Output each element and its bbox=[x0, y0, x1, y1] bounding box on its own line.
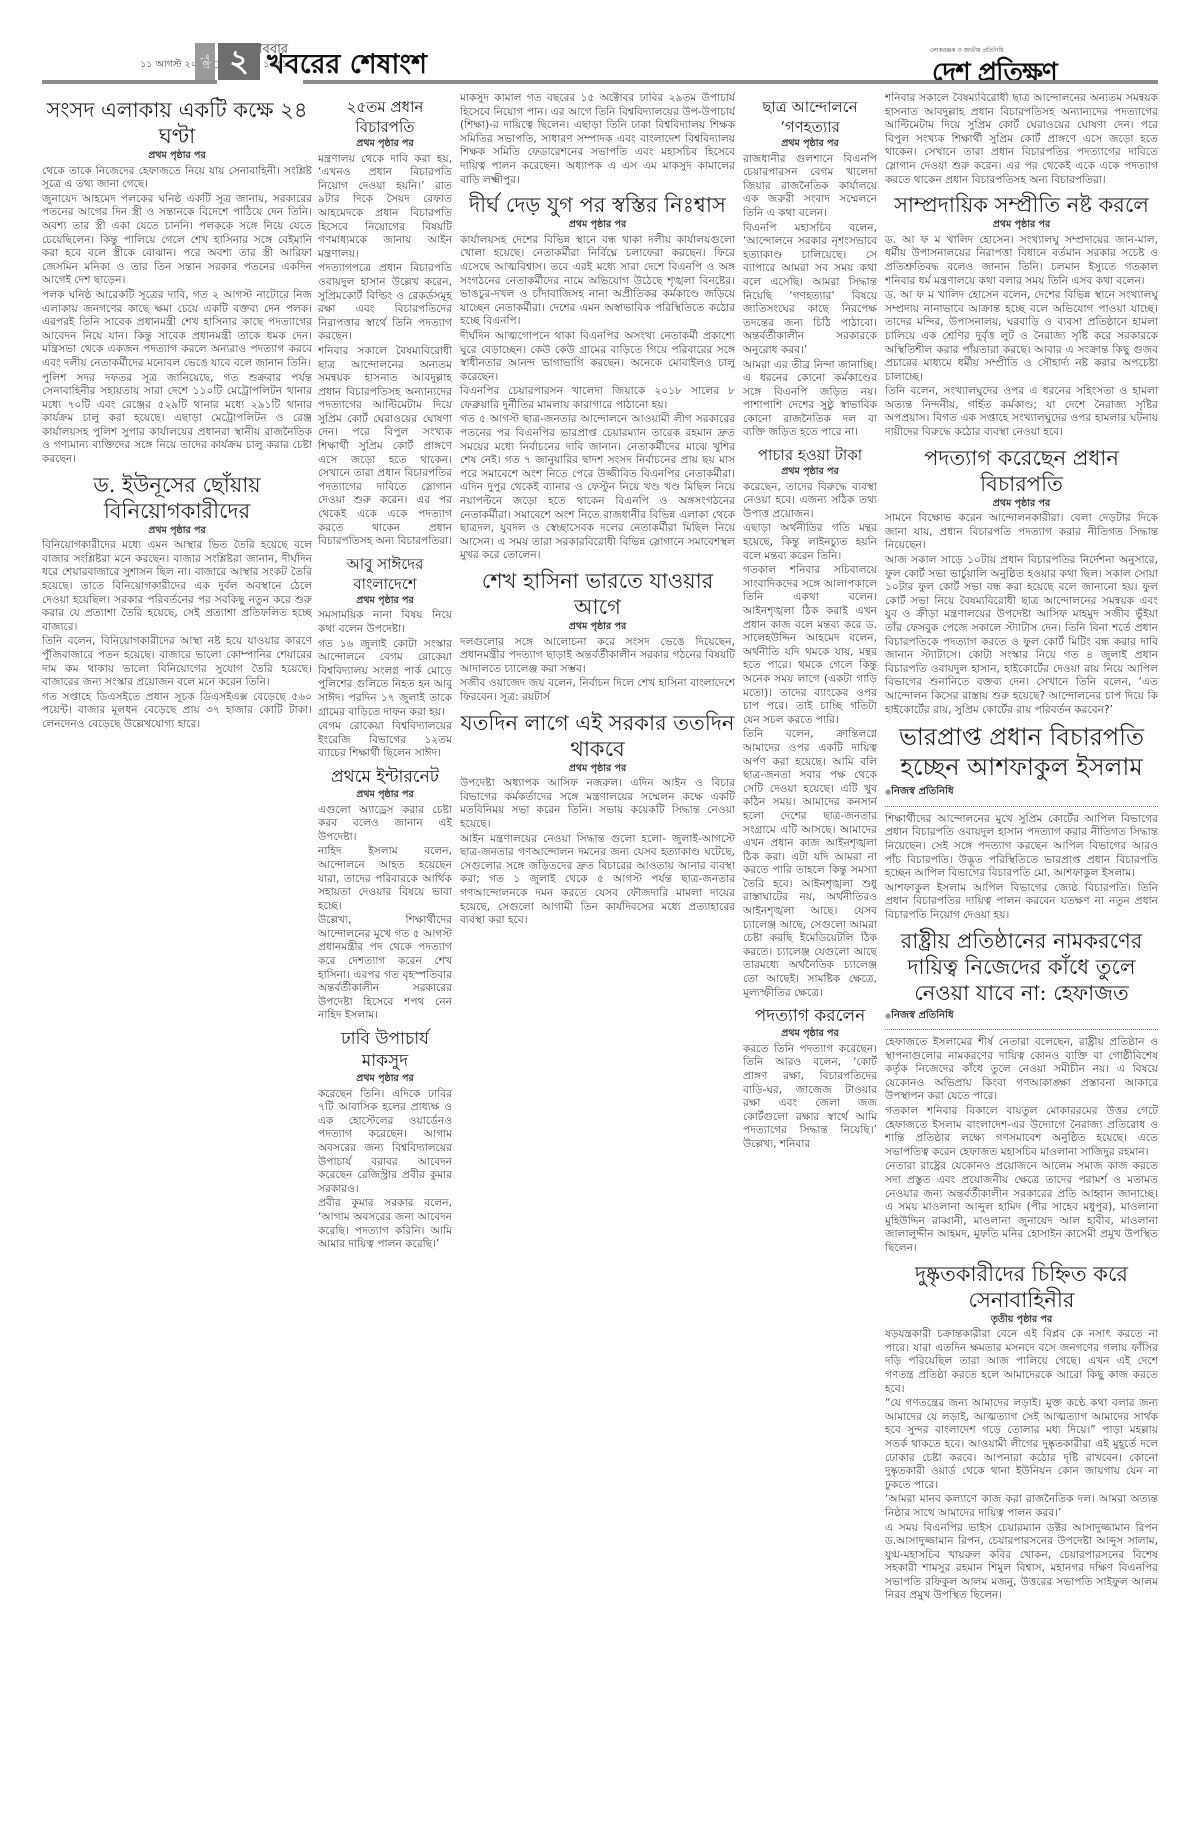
article-paragraph: পলক ঘনিষ্ঠ আরেকটি সূত্রের দাবি, গত ২ আগস… bbox=[42, 289, 312, 371]
continuation-label: প্রথম পৃষ্ঠার পর bbox=[743, 1027, 877, 1041]
headline-dhabi-vc: ঢাবি উপাচার্য মাকসুদ bbox=[318, 1028, 452, 1072]
article-hasina-india: শেখ হাসিনা ভারতে যাওয়ার আগে প্রথম পৃষ্ঠ… bbox=[460, 568, 735, 705]
article-paragraph: এ সময় বিএনপির ভাইস চেয়ারম্যান ডক্টর আস… bbox=[885, 1522, 1158, 1604]
article-paragraph: প্রবীর কুমার সরকার বলেন, ‘আগাম অবসরের জন… bbox=[318, 1197, 452, 1251]
article-paragraph: আমরা এর তীব্র নিন্দা জানাচ্ছি। এ ধরনের ক… bbox=[743, 359, 877, 441]
continuation-label: প্রথম পৃষ্ঠার পর bbox=[318, 788, 452, 802]
article-paragraph: আশফাকুল ইসলাম আপিল বিভাগের জ্যেষ্ঠ বিচার… bbox=[885, 882, 1158, 923]
continuation-label: প্রথম পৃষ্ঠার পর bbox=[460, 762, 735, 776]
headline-acting-cj: ভারপ্রাপ্ত প্রধান বিচারপতি হচ্ছেন আশফাকু… bbox=[885, 722, 1158, 782]
article-acting-cj: ভারপ্রাপ্ত প্রধান বিচারপতি হচ্ছেন আশফাকু… bbox=[885, 722, 1158, 922]
article-paragraph: করেছেন তিনি। এদিকে ঢাবির ৭টি আবাসিক হলের… bbox=[318, 1088, 452, 1197]
article-paragraph: বেগম রোকেয়া বিশ্ববিদ্যালয়ের ইংরেজি বিভ… bbox=[318, 720, 452, 761]
headline-chief-justice-25: ২৫তম প্রধান বিচারপতি bbox=[318, 97, 452, 137]
article-yunus: ড. ইউনূসের ছোঁয়ায় বিনিয়োগকারীদের প্রথ… bbox=[42, 472, 312, 732]
continuation-label: প্রথম পৃষ্ঠার পর bbox=[743, 465, 877, 479]
article-paragraph: নাহিদ ইসলাম বলেন, আন্দোলনে আহত হয়েছেন য… bbox=[318, 845, 452, 913]
column-3: মাকসুদ কামাল গত বছরের ১৫ অক্টোবর ঢাবির ২… bbox=[460, 92, 735, 1837]
column-4: ছাত্র আন্দোলনে ‘গণহত্যার প্রথম পৃষ্ঠার প… bbox=[743, 92, 877, 1837]
article-paragraph: গতকাল শনিবার সচিবালয়ে সাংবাদিকদের সঙ্গে… bbox=[743, 564, 877, 727]
continuation-label: প্রথম পৃষ্ঠার পর bbox=[318, 594, 452, 608]
article-resigned: পদত্যাগ করলেন প্রথম পৃষ্ঠার পর করতে তিনি… bbox=[743, 1005, 877, 1151]
byline: নিজস্ব প্রতিনিধি bbox=[885, 1006, 1158, 1031]
article-paragraph: নেতারা রাষ্ট্রের যেকোনও প্রয়োজনে আলেম স… bbox=[885, 1160, 1158, 1255]
continuation-label: প্রথম পৃষ্ঠার পর bbox=[318, 137, 452, 151]
masthead: রোববার ১১ আগস্ট ২০২৪ □ ২৭ শ্রাবণ ১৪৩১ পৃ… bbox=[0, 0, 1200, 80]
article-paragraph: ষড়যন্ত্রকারী চক্রান্তকারীরা বেনে এই বিপ… bbox=[885, 1328, 1158, 1396]
article-paragraph: আইন মন্ত্রণালয়ের নেওয়া সিদ্ধান্ত গুলো … bbox=[460, 833, 735, 928]
article-paragraph: গত ৫ আগস্ট ছাত্র-জনতার আন্দোলনে আওয়ামী … bbox=[460, 413, 735, 563]
article-dhabi-vc: ঢাবি উপাচার্য মাকসুদ প্রথম পৃষ্ঠার পর কর… bbox=[318, 1028, 452, 1252]
article-paragraph: উপদেষ্টা অধ্যাপক আসিফ নজরুল। এদিন আইন ও … bbox=[460, 777, 735, 831]
article-paragraph: হেফাজতে ইসলামের শীর্ষ নেতারা বলেছেন, রাষ… bbox=[885, 1036, 1158, 1104]
article-paragraph: গত ১৬ জুলাই কোটা সংস্কার আন্দোলনে বেগম র… bbox=[318, 638, 452, 720]
article-paragraph: এছাড়া অর্থনীতির গতি মন্থর হয়েছে, কিন্ত… bbox=[743, 522, 877, 563]
article-paragraph: কার্যালয়সহ দেশের বিভিন্ন স্থানে বন্ধ থা… bbox=[460, 234, 735, 329]
article-paragraph: “যে গণতন্ত্রের জন্য আমাদের লড়াই। মুক্ত … bbox=[885, 1397, 1158, 1492]
continuation-label: প্রথম পৃষ্ঠার পর bbox=[885, 218, 1158, 232]
article-paragraph: থেকে তাকে নিজেদের হেফাজতে নিয়ে যায় সেন… bbox=[42, 165, 312, 192]
article-money-laundered: পাচার হওয়া টাকা প্রথম পৃষ্ঠার পর করেছেন… bbox=[743, 445, 877, 1000]
article-paragraph: এগুলো অ্যাড্রেস করার চেষ্টা করব বলেও জান… bbox=[318, 804, 452, 845]
headline-resigned: পদত্যাগ করলেন bbox=[743, 1005, 877, 1027]
article-paragraph: শিক্ষার্থীদের আন্দোলনের মুখে সুপ্রিম কোর… bbox=[885, 813, 1158, 881]
headline-abu-sayeed: আবু সাঈদের বাংলাদেশে bbox=[318, 554, 452, 594]
article-paragraph: তিনি বলেন, সংখ্যালঘুদের ওপর এ ধরনের সহিং… bbox=[885, 385, 1158, 439]
masthead-rule-left bbox=[42, 80, 217, 84]
article-paragraph: শনিবার সকালে বৈষম্যবিরোধী ছাত্র আন্দোলনে… bbox=[885, 92, 1158, 187]
article-paragraph: বিএনপির চেয়ারপারসন খালেদা জিয়াকে ২০১৮ … bbox=[460, 385, 735, 412]
article-student-movement: ছাত্র আন্দোলনে ‘গণহত্যার প্রথম পৃষ্ঠার প… bbox=[743, 97, 877, 440]
article-paragraph: সজীব ওয়াজেদ জয় বলেন, নির্বাচন দিলে শেখ… bbox=[460, 677, 735, 704]
continuation-label: প্রথম পৃষ্ঠার পর bbox=[42, 524, 312, 538]
article-paragraph: পুলিশ সদর দফতর সূত্র জানিয়েছে, গত শুক্র… bbox=[42, 372, 312, 467]
article-sigh-of-relief: দীর্ঘ দেড় যুগ পর স্বস্তির নিঃশ্বাস প্রথ… bbox=[460, 192, 735, 563]
article-paragraph: সমসাময়িক নানা বিষয় নিয়ে কথা বলেন উপদে… bbox=[318, 609, 452, 636]
page-number: ২ bbox=[218, 43, 260, 80]
article-paragraph: তিনি বলেন, বিনিয়োগকারীদের আস্থা নষ্ট হয… bbox=[42, 635, 312, 689]
headline-hefazat: রাষ্ট্রীয় প্রতিষ্ঠানের নামকরণের দায়িত্… bbox=[885, 928, 1158, 1006]
continuation-label: তৃতীয় পৃষ্ঠার পর bbox=[885, 1313, 1158, 1327]
article-paragraph: করেছেন, তাদের বিরুদ্ধে ব্যবস্থা নেওয়া হ… bbox=[743, 481, 877, 522]
headline-sangsad: সংসদ এলাকায় একটি কক্ষে ২৪ ঘণ্টা bbox=[42, 97, 312, 149]
article-communal-harmony: সাম্প্রদায়িক সম্প্রীতি নষ্ট করলে প্রথম … bbox=[885, 192, 1158, 440]
article-paragraph: মন্ত্রণালয় থেকে দাবি করা হয়, ‘এখনও প্র… bbox=[318, 153, 452, 262]
headline-communal-harmony: সাম্প্রদায়িক সম্প্রীতি নষ্ট করলে bbox=[885, 192, 1158, 218]
headline-yunus: ড. ইউনূসের ছোঁয়ায় বিনিয়োগকারীদের bbox=[42, 472, 312, 524]
article-abu-sayeed: আবু সাঈদের বাংলাদেশে প্রথম পৃষ্ঠার পর সম… bbox=[318, 554, 452, 761]
article-chief-justice-25: ২৫তম প্রধান বিচারপতি প্রথম পৃষ্ঠার পর মন… bbox=[318, 97, 452, 549]
article-paragraph: বিনিয়োগকারীদের মধ্যে এমন আস্থার ভিত তৈর… bbox=[42, 539, 312, 634]
article-miscreants: দুষ্কৃতকারীদের চিহ্নিত করে সেনাবাহিনীর ত… bbox=[885, 1261, 1158, 1603]
article-paragraph: সামনে বিক্ষোভ করেন আন্দোলনকারীরা। বেলা দ… bbox=[885, 512, 1158, 553]
article-paragraph: পদত্যাগপত্রে প্রধান বিচারপতি ওবায়দুল হা… bbox=[318, 262, 452, 344]
article-full-court: পদত্যাগ করেছেন প্রধান বিচারপতি প্রথম পৃষ… bbox=[885, 445, 1158, 718]
paper-logo: দেশ প্রতিক্ষণ bbox=[932, 52, 1057, 96]
article-paragraph: জুনায়েদ আহমেদ পলকের ঘনিষ্ঠ একটি সূত্র জ… bbox=[42, 193, 312, 288]
article-paragraph: ‘আমরা মানব কল্যাণে কাজ করা রাজনৈতিক দল। … bbox=[885, 1493, 1158, 1520]
column-1: সংসদ এলাকায় একটি কক্ষে ২৪ ঘণ্টা প্রথম প… bbox=[42, 92, 312, 1837]
page-label: পৃষ্ঠা bbox=[195, 43, 215, 80]
article-paragraph: উল্লেখ্য, শিক্ষার্থীদের আন্দোলনের মুখে গ… bbox=[318, 914, 452, 1023]
article-paragraph: ড. আ ফ ম খালিদ হোসেন। সংখ্যালঘু সম্প্রদা… bbox=[885, 234, 1158, 288]
continuation-label: প্রথম পৃষ্ঠার পর bbox=[460, 620, 735, 634]
headline-full-court: পদত্যাগ করেছেন প্রধান বিচারপতি bbox=[885, 445, 1158, 497]
article-paragraph: বিএনপি মহাসচিব বলেন, ‘আন্দোলনে সরকার নৃশ… bbox=[743, 222, 877, 358]
article-sangsad: সংসদ এলাকায় একটি কক্ষে ২৪ ঘণ্টা প্রথম প… bbox=[42, 97, 312, 467]
headline-internet: প্রথমে ইন্টারনেট bbox=[318, 766, 452, 788]
article-paragraph: তিনি বলেন, ক্রান্তিলগ্নে আমাদের ওপর একটি… bbox=[743, 728, 877, 1000]
headline-money-laundered: পাচার হওয়া টাকা bbox=[743, 445, 877, 465]
headline-student-movement: ছাত্র আন্দোলনে ‘গণহত্যার bbox=[743, 97, 877, 137]
continuation-label: প্রথম পৃষ্ঠার পর bbox=[460, 218, 735, 232]
continuation-label: প্রথম পৃষ্ঠার পর bbox=[318, 1072, 452, 1086]
masthead-rule-right bbox=[303, 80, 1158, 84]
byline: নিজস্ব প্রতিনিধি bbox=[885, 782, 1158, 807]
article-paragraph: মাকসুদ কামাল গত বছরের ১৫ অক্টোবর ঢাবির ২… bbox=[460, 92, 735, 187]
headline-miscreants: দুষ্কৃতকারীদের চিহ্নিত করে সেনাবাহিনীর bbox=[885, 1261, 1158, 1313]
article-paragraph: ড. আ ফ ম খালিদ হোসেন বলেন, দেশের বিভিন্ন… bbox=[885, 289, 1158, 384]
continuation-label: প্রথম পৃষ্ঠার পর bbox=[42, 149, 312, 163]
column-5: শনিবার সকালে বৈষম্যবিরোধী ছাত্র আন্দোলনে… bbox=[885, 92, 1158, 1837]
column-2: ২৫তম প্রধান বিচারপতি প্রথম পৃষ্ঠার পর মন… bbox=[318, 92, 452, 1837]
article-hefazat: রাষ্ট্রীয় প্রতিষ্ঠানের নামকরণের দায়িত্… bbox=[885, 928, 1158, 1256]
article-paragraph: আজ সকাল সাড়ে ১০টায় প্রধান বিচারপতির নি… bbox=[885, 554, 1158, 717]
article-paragraph: শনিবার সকালে বৈষম্যবিরোধী ছাত্র আন্দোলনে… bbox=[318, 345, 452, 549]
continuation-label: প্রথম পৃষ্ঠার পর bbox=[885, 497, 1158, 511]
article-paragraph: করতে তিনি পদত্যাগ করেছেন। তিনি আরও বলেন,… bbox=[743, 1043, 877, 1152]
headline-as-long-as: যতদিন লাগে এই সরকার ততদিন থাকবে bbox=[460, 710, 735, 762]
article-paragraph: গত সপ্তাহে ডিএসইতে প্রধান সূচক ডিএসইএক্স… bbox=[42, 691, 312, 732]
continuation-label: প্রথম পৃষ্ঠার পর bbox=[743, 137, 877, 151]
article-as-long-as: যতদিন লাগে এই সরকার ততদিন থাকবে প্রথম পৃ… bbox=[460, 710, 735, 928]
article-paragraph: দীর্ঘদিন আত্মগোপনে থাকা বিএনপির অসংখ্য ন… bbox=[460, 330, 735, 384]
headline-hasina-india: শেখ হাসিনা ভারতে যাওয়ার আগে bbox=[460, 568, 735, 620]
article-paragraph: দলগুলোর সঙ্গে আলোচনা করে সংসদ ভেঙে দিয়ে… bbox=[460, 636, 735, 677]
article-internet: প্রথমে ইন্টারনেট প্রথম পৃষ্ঠার পর এগুলো … bbox=[318, 766, 452, 1023]
article-paragraph: গতকাল শনিবার বিকালে বায়তুল মোকাররমের উত… bbox=[885, 1105, 1158, 1159]
headline-sigh-of-relief: দীর্ঘ দেড় যুগ পর স্বস্তির নিঃশ্বাস bbox=[460, 192, 735, 218]
article-paragraph: রাজধানীর গুলশানে বিএনপি চেয়ারপারসন বেগম… bbox=[743, 153, 877, 221]
